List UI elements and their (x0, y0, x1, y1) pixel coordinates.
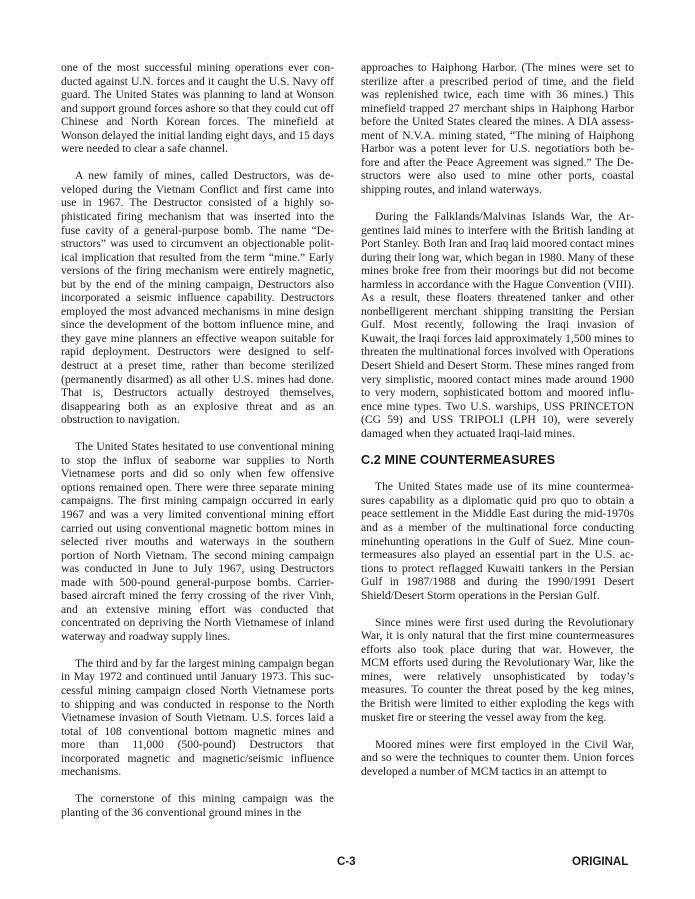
paragraph-falklands-gulf: During the Falklands/Malvinas Islands Wa… (361, 210, 634, 440)
page-number: C-3 (337, 856, 356, 868)
right-column: approaches to Haiphong Harbor. (The mine… (361, 61, 634, 792)
paragraph-cornerstone: The cornerstone of this mining campaign … (61, 792, 334, 819)
paragraph-mcm-diplomacy: The United States made use of its mine c… (361, 480, 634, 602)
paragraph-vietnam-campaigns: The United States hesitated to use conve… (61, 440, 334, 643)
document-status: ORIGINAL (572, 856, 628, 868)
paragraph-revolutionary-war: Since mines were first used during the R… (361, 616, 634, 724)
paragraph-civil-war: Moored mines were first employed in the … (361, 738, 634, 779)
paragraph-wonson: one of the most successful mining operat… (61, 61, 334, 156)
paragraph-destructors: A new family of mines, called Destructor… (61, 169, 334, 426)
paragraph-haiphong: approaches to Haiphong Harbor. (The mine… (361, 61, 634, 196)
left-column: one of the most successful mining operat… (61, 61, 334, 833)
section-heading-mine-countermeasures: C.2 MINE COUNTERMEASURES (361, 454, 634, 468)
paragraph-third-campaign: The third and by far the largest mining … (61, 657, 334, 779)
